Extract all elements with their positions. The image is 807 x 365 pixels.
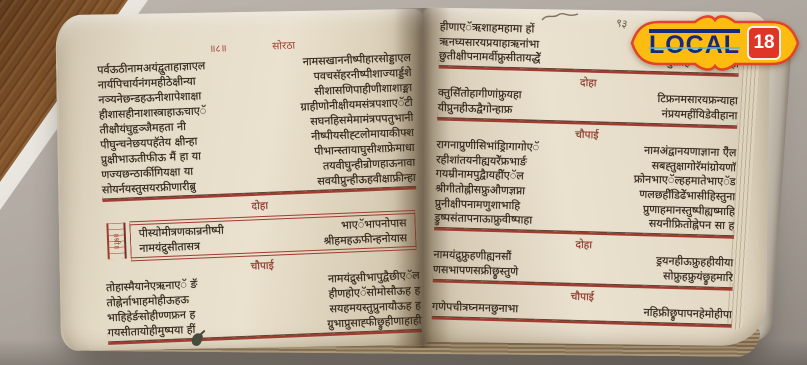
half-verse: सयनीफ्रितोह्नेपन सा ह <box>649 217 735 234</box>
half-verse: यीप्रुनहीऊद्वैगोन्हाफ्र <box>437 101 512 118</box>
half-verse: दोहा <box>580 76 597 91</box>
half-verse: ग्रुभाप्रुसाह्फीछ्रुहीणाहाही <box>327 313 422 332</box>
local18-logo-content: LOCAL 18 <box>629 13 801 73</box>
local-wordmark: LOCAL <box>649 29 740 58</box>
left-page-verses: पर्वऊठीनामअयंद्वुताहाज्ञाएलनामसखाननीष्पी… <box>97 50 422 342</box>
half-verse: दोहा <box>575 238 592 253</box>
half-verse: ड्रुष्पसंतापनाऊाफ्रुवीष्पाहा <box>434 211 532 228</box>
half-verse: चौपाई <box>571 289 595 304</box>
margin-annotation: ॥श्री॥ <box>106 223 126 260</box>
half-verse: नहिफ्रीछ्रुपापनहेमोहीपा <box>643 306 732 323</box>
news-photo-scene: ॥८॥ सोरठा पर्वऊठीनामअयंद्वुताहाज्ञाएलनाम… <box>0 0 807 365</box>
half-verse: छुतीक्षीपनामर्वीफ्रुसीतायद्धेॅ <box>439 49 541 66</box>
section-header: सोरठा <box>272 39 296 55</box>
ink-scribble <box>540 10 580 24</box>
folio-mark: ॥८॥ <box>209 41 227 57</box>
half-verse: णसभापणसफ्रीछ्रुस्तुणे <box>433 263 519 280</box>
left-page-text-block: ॥८॥ सोरठा पर्वऊठीनामअयंद्वुताहाज्ञाएलनाम… <box>96 34 422 348</box>
half-verse: गणेपचीत्रघ्नमनछुनाभा <box>432 300 519 317</box>
half-verse: नामयंद्रुसीतासत्र <box>139 239 200 256</box>
half-verse: गयसीतायोहीमुष्पया हीं <box>107 322 195 341</box>
half-verse: चौपाई <box>250 259 274 275</box>
local-wordmark-text: LOCAL <box>649 31 740 59</box>
half-verse: श्रीहमहऊफीन्हनोयास <box>323 230 407 248</box>
half-verse: सोयर्नयस्तुसयरफ्रीणारीब्रु <box>102 179 196 198</box>
half-verse: दोहा <box>251 199 268 215</box>
half-verse: नंप्रयमहींयिडेवीहाना <box>661 107 737 124</box>
half-verse: सवयीप्रुन्हीऊहवीक्षाफ्रीन्हा <box>317 170 416 189</box>
local18-logo-badge: LOCAL 18 <box>629 13 801 73</box>
channel-number-18: 18 <box>747 26 781 60</box>
half-verse: सोफ्रुहफ्रुयंछ्रुहमारि <box>663 269 733 286</box>
half-verse: चौपाई <box>575 127 599 142</box>
